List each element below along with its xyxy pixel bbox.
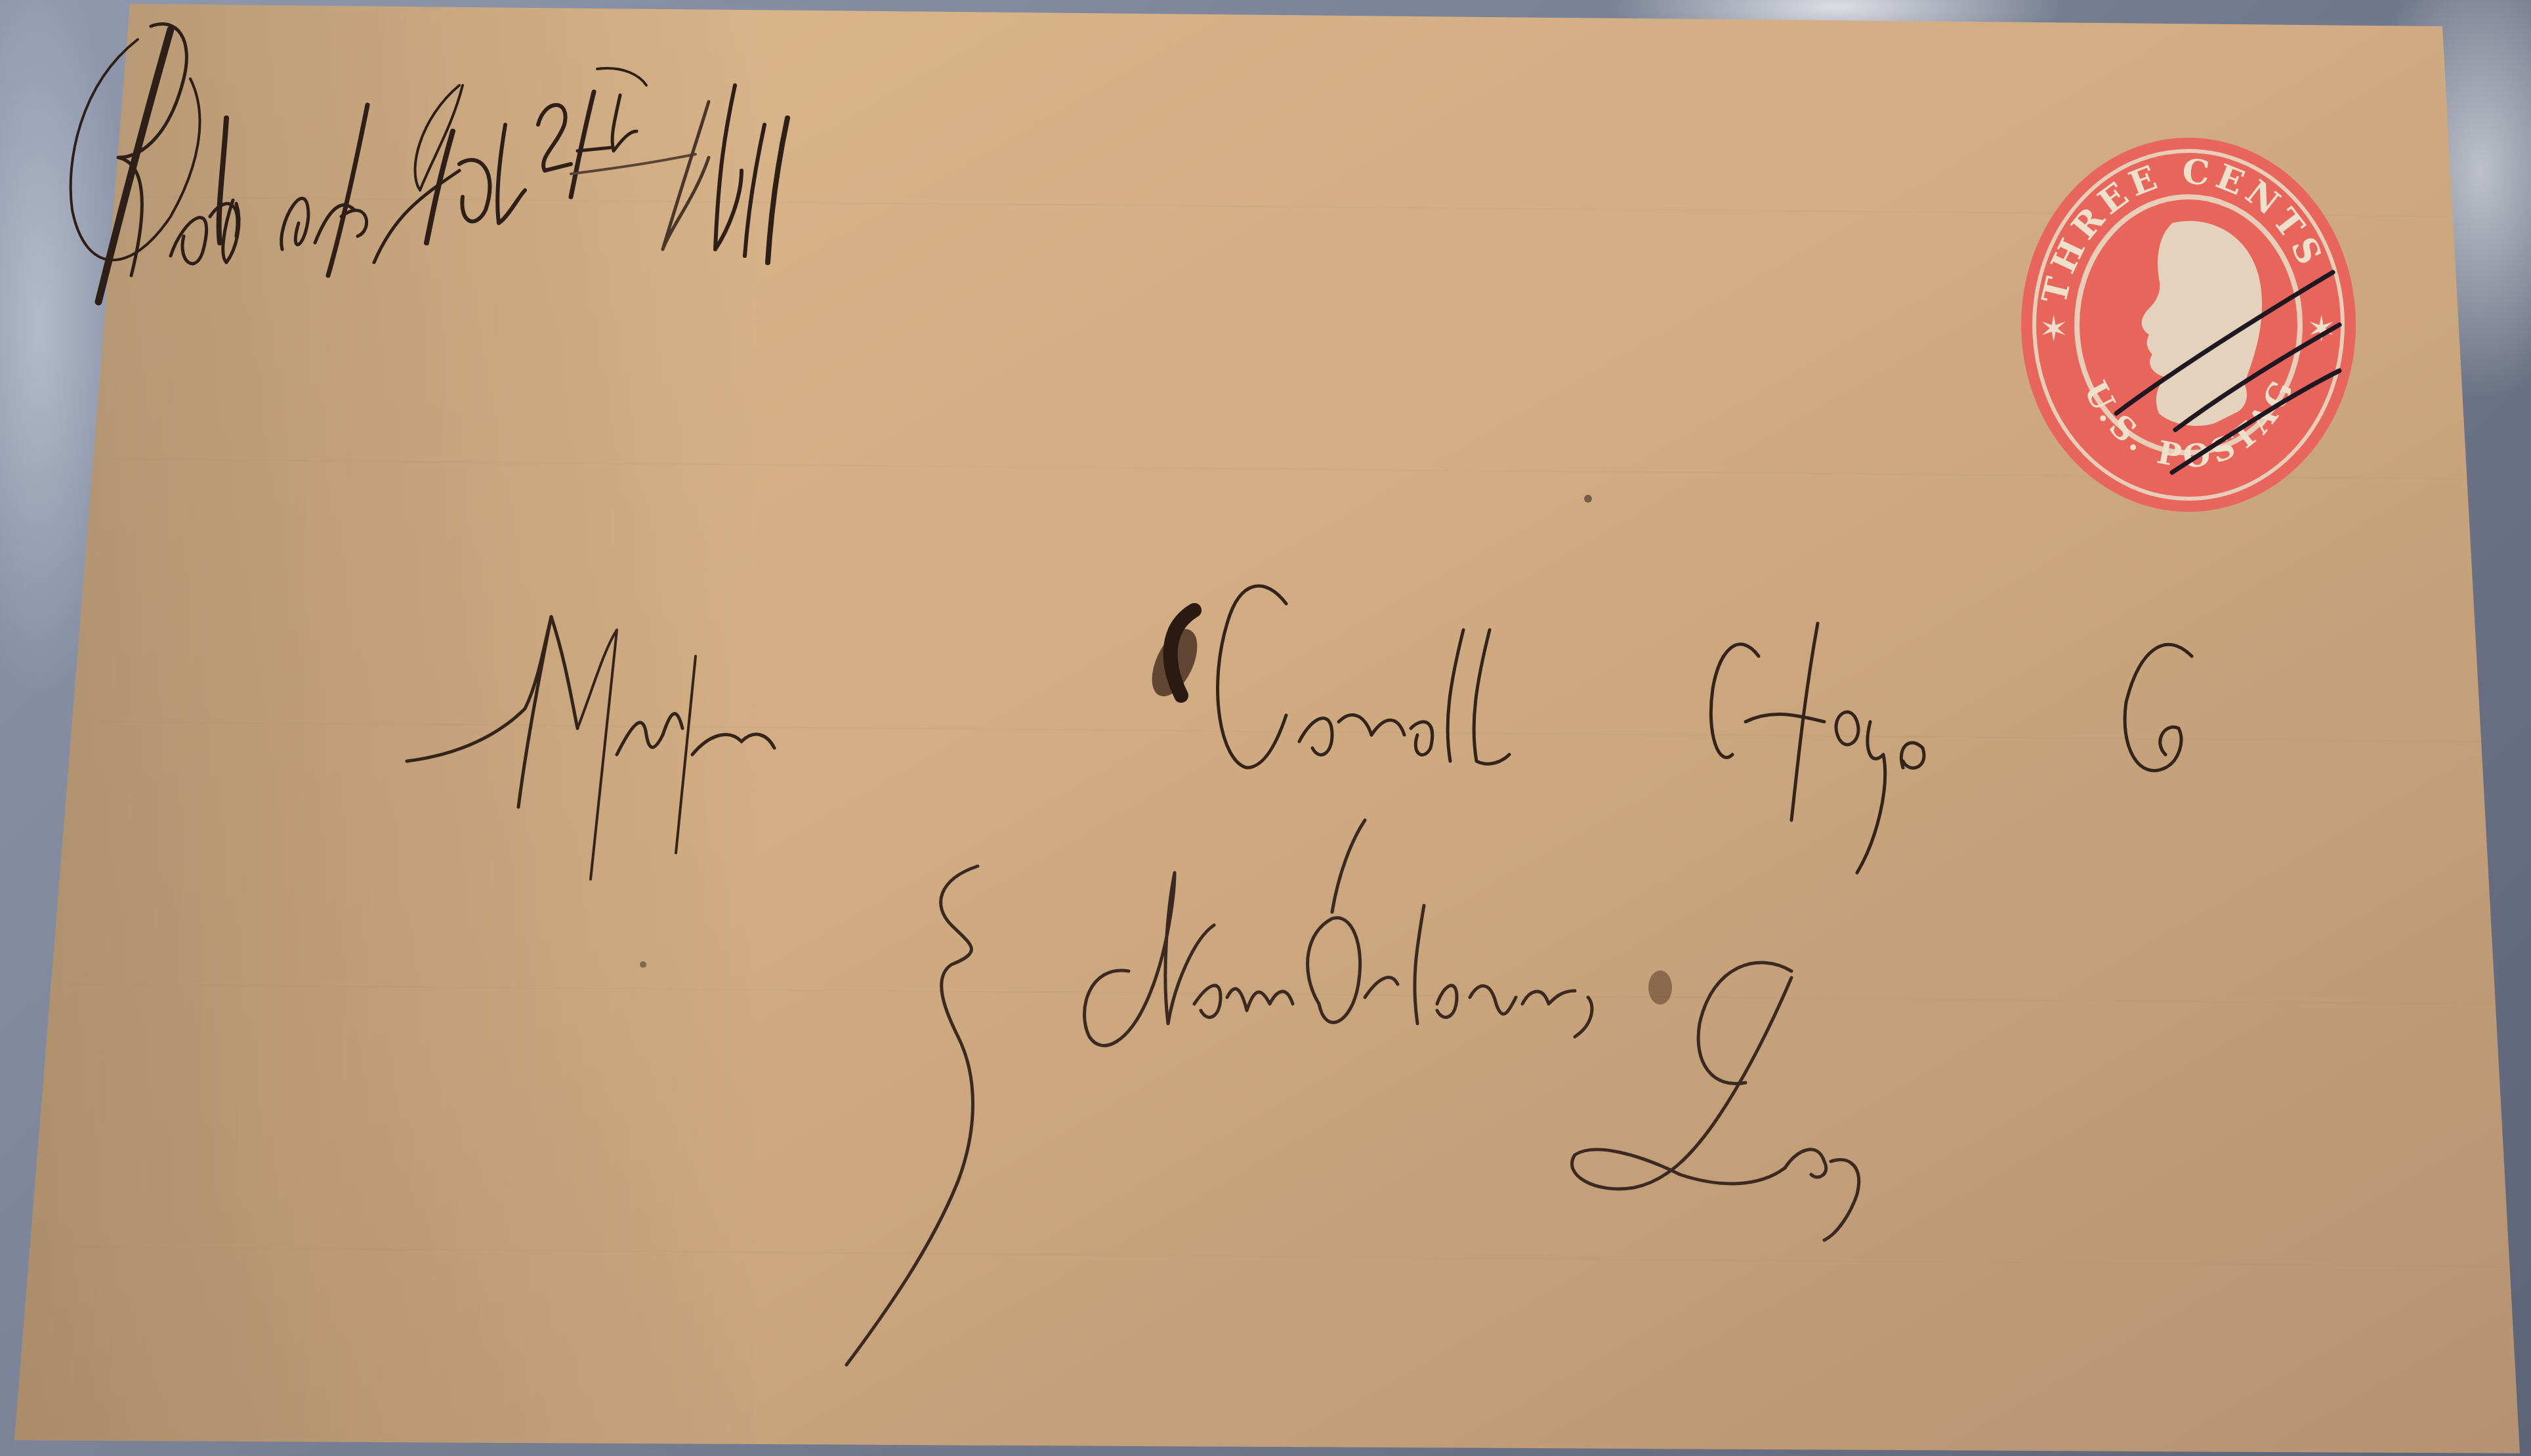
star-left-icon: ✶ — [2039, 308, 2068, 350]
envelope: THREE CENTS U.S. POSTAGE ✶ ✶ — [0, 0, 2531, 1456]
postage-stamp: THREE CENTS U.S. POSTAGE ✶ ✶ — [2018, 115, 2359, 522]
portrait-icon — [2142, 221, 2262, 426]
stamp-indicium: THREE CENTS U.S. POSTAGE ✶ ✶ — [2018, 115, 2359, 522]
